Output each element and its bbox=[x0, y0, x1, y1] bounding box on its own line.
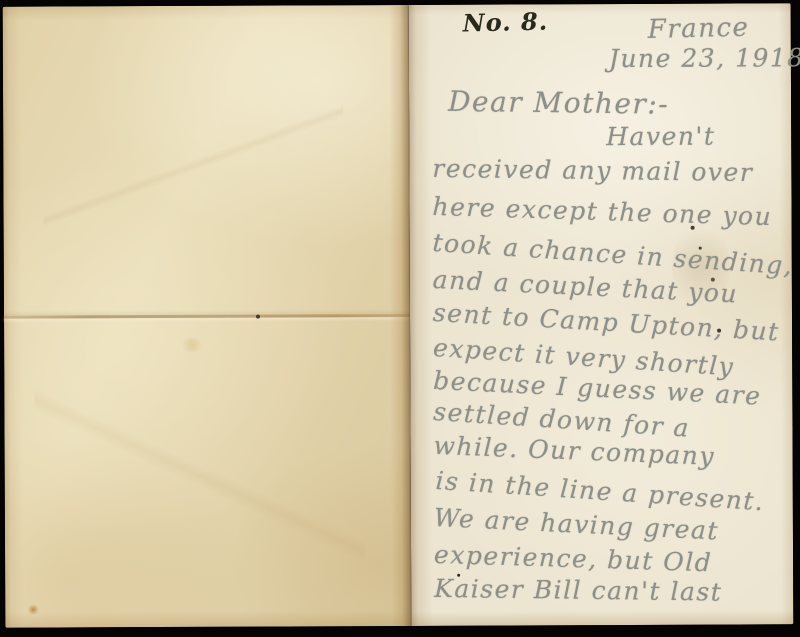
letter-date: June 23, 1918. bbox=[609, 43, 800, 73]
horizontal-fold-crease bbox=[4, 314, 410, 319]
paper-crease-diagonal bbox=[34, 365, 365, 586]
center-fold-shadow bbox=[389, 5, 412, 626]
letter-left-page-blank bbox=[3, 5, 412, 628]
letter-body-line: Kaiser Bill can't last bbox=[434, 574, 722, 607]
paper-stain bbox=[179, 338, 205, 352]
letter-right-page: No. 8. France June 23, 1918. Dear Mother… bbox=[409, 3, 794, 626]
letter-body-line: experience, but Old bbox=[434, 540, 713, 577]
paper-stain bbox=[27, 605, 39, 615]
scanner-background: No. 8. France June 23, 1918. Dear Mother… bbox=[0, 0, 800, 637]
letter-body-line: received any mail over bbox=[432, 154, 753, 187]
letter-place: France bbox=[647, 13, 749, 45]
paper-crease-diagonal bbox=[43, 65, 344, 266]
letter-opening-word: Haven't bbox=[606, 122, 715, 151]
letter-number-label: No. 8. bbox=[462, 7, 548, 38]
letter-salutation: Dear Mother:- bbox=[448, 85, 670, 121]
letter-body-line: here except the one you bbox=[432, 192, 773, 231]
paper-speck bbox=[256, 315, 260, 319]
letter-paper: No. 8. France June 23, 1918. Dear Mother… bbox=[3, 3, 794, 627]
